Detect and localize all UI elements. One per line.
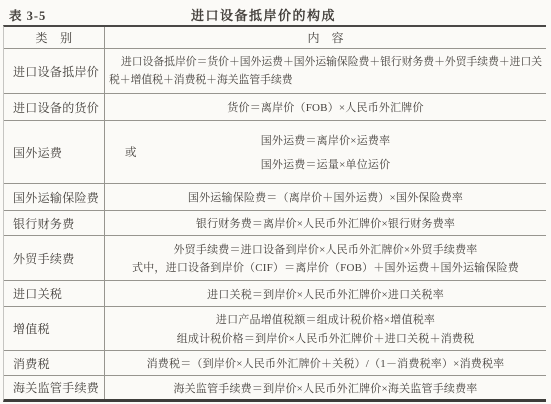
header-content-cell: 内 容 (105, 27, 546, 48)
table-row: 消费税 消费税＝（到岸价×人民币外汇牌价＋关税）/（1－消费税率）×消费税率 (4, 350, 546, 375)
category-label: 增值税 (13, 320, 50, 337)
content-cell: 海关监管手续费＝到岸价×人民币外汇牌价×海关监管手续费率 (105, 376, 546, 399)
table-title: 进口设备抵岸价的构成 (191, 5, 336, 24)
content-cell: 进口产品增值税额＝组成计税价格×增值税率组成计税价格＝到岸价×人民币外汇牌价＋进… (105, 307, 546, 350)
content-cell: 货价＝离岸价（FOB）×人民币外汇牌价 (105, 94, 546, 120)
content-cell: 进口关税＝到岸价×人民币外汇牌价×进口关税率 (105, 281, 546, 306)
category-cell: 增值税 (4, 307, 105, 350)
table-row: 海关监管手续费 海关监管手续费＝到岸价×人民币外汇牌价×海关监管手续费率 (4, 375, 546, 399)
category-label: 银行财务费 (13, 215, 75, 232)
formula-line: 外贸手续费＝进口设备到岸价×人民币外汇牌价×外贸手续费率 (173, 241, 477, 257)
formula-line: 国外运费＝运量×单位运价 (261, 156, 391, 172)
formula-line: 进口设备抵岸价＝货价＋国外运费＋国外运输保险费＋银行财务费＋外贸手续费＋进口关税… (109, 54, 543, 89)
table-header-row: 类 别 内 容 (4, 27, 546, 48)
formula-line: 组成计税价格＝到岸价×人民币外汇牌价＋进口关税＋消费税 (177, 330, 475, 346)
category-label: 海关监管手续费 (13, 379, 99, 396)
formula-line: 消费税＝（到岸价×人民币外汇牌价＋关税）/（1－消费税率）×消费税率 (147, 355, 505, 371)
category-cell: 国外运输保险费 (4, 184, 105, 210)
category-cell: 外贸手续费 (4, 236, 105, 280)
category-label: 消费税 (13, 355, 50, 372)
table-row: 国外运输保险费 国外运输保险费＝（离岸价＋国外运费）×国外保险费率 (4, 183, 546, 210)
category-cell: 进口设备抵岸价 (4, 49, 105, 93)
category-label: 进口设备抵岸价 (13, 63, 99, 80)
category-label: 国外运输保险费 (13, 189, 99, 206)
formula-line: 进口关税＝到岸价×人民币外汇牌价×进口关税率 (207, 286, 444, 302)
category-label: 进口关税 (13, 285, 62, 302)
category-cell: 银行财务费 (4, 211, 105, 235)
formula-line: 式中，进口设备到岸价（CIF）＝离岸价（FOB）＋国外运费＋国外运输保险费 (132, 259, 519, 275)
table-row: 进口设备的货价 货价＝离岸价（FOB）×人民币外汇牌价 (4, 93, 546, 120)
content-cell: 国外运输保险费＝（离岸价＋国外运费）×国外保险费率 (105, 184, 546, 210)
content-cell: 或国外运费＝离岸价×运费率国外运费＝运量×单位运价 (105, 121, 546, 183)
scanned-document-page: 表 3-5 进口设备抵岸价的构成 类 别 内 容 进口设备抵岸价 进口设备抵岸价… (0, 0, 551, 404)
formula-line: 国外运费＝离岸价×运费率 (261, 132, 391, 148)
table-row: 国外运费 或国外运费＝离岸价×运费率国外运费＝运量×单位运价 (4, 120, 546, 183)
formula-line: 货价＝离岸价（FOB）×人民币外汇牌价 (227, 99, 423, 115)
content-cell: 外贸手续费＝进口设备到岸价×人民币外汇牌价×外贸手续费率式中，进口设备到岸价（C… (105, 236, 546, 280)
category-cell: 进口关税 (4, 281, 105, 306)
content-cell: 银行财务费＝离岸价×人民币外汇牌价×银行财务费率 (105, 211, 546, 235)
category-label: 国外运费 (13, 144, 62, 161)
content-cell: 消费税＝（到岸价×人民币外汇牌价＋关税）/（1－消费税率）×消费税率 (105, 351, 546, 375)
category-label: 外贸手续费 (13, 250, 75, 267)
category-cell: 消费税 (4, 351, 105, 375)
header-category-label: 类 别 (36, 29, 73, 46)
category-cell: 国外运费 (4, 121, 105, 183)
or-connector-label: 或 (125, 144, 137, 160)
table-row: 进口设备抵岸价 进口设备抵岸价＝货价＋国外运费＋国外运输保险费＋银行财务费＋外贸… (4, 48, 546, 93)
table-row: 增值税 进口产品增值税额＝组成计税价格×增值税率组成计税价格＝到岸价×人民币外汇… (4, 306, 546, 350)
formula-line: 银行财务费＝离岸价×人民币外汇牌价×银行财务费率 (196, 215, 455, 231)
table-caption-row: 表 3-5 进口设备抵岸价的构成 (0, 5, 551, 23)
table-row: 银行财务费 银行财务费＝离岸价×人民币外汇牌价×银行财务费率 (4, 210, 546, 235)
content-cell: 进口设备抵岸价＝货价＋国外运费＋国外运输保险费＋银行财务费＋外贸手续费＋进口关税… (105, 49, 546, 93)
cost-composition-table: 类 别 内 容 进口设备抵岸价 进口设备抵岸价＝货价＋国外运费＋国外运输保险费＋… (3, 25, 546, 402)
formula-line: 进口产品增值税额＝组成计税价格×增值税率 (216, 311, 435, 327)
formula-line: 海关监管手续费＝到岸价×人民币外汇牌价×海关监管手续费率 (173, 380, 477, 396)
header-content-label: 内 容 (307, 29, 343, 46)
category-cell: 进口设备的货价 (4, 94, 105, 120)
category-label: 进口设备的货价 (13, 99, 99, 116)
category-cell: 海关监管手续费 (4, 376, 105, 399)
table-row: 外贸手续费 外贸手续费＝进口设备到岸价×人民币外汇牌价×外贸手续费率式中，进口设… (4, 235, 546, 280)
table-row: 进口关税 进口关税＝到岸价×人民币外汇牌价×进口关税率 (4, 280, 546, 306)
table-number-label: 表 3-5 (9, 6, 46, 24)
formula-line: 国外运输保险费＝（离岸价＋国外运费）×国外保险费率 (188, 189, 463, 205)
header-category-cell: 类 别 (4, 27, 105, 48)
